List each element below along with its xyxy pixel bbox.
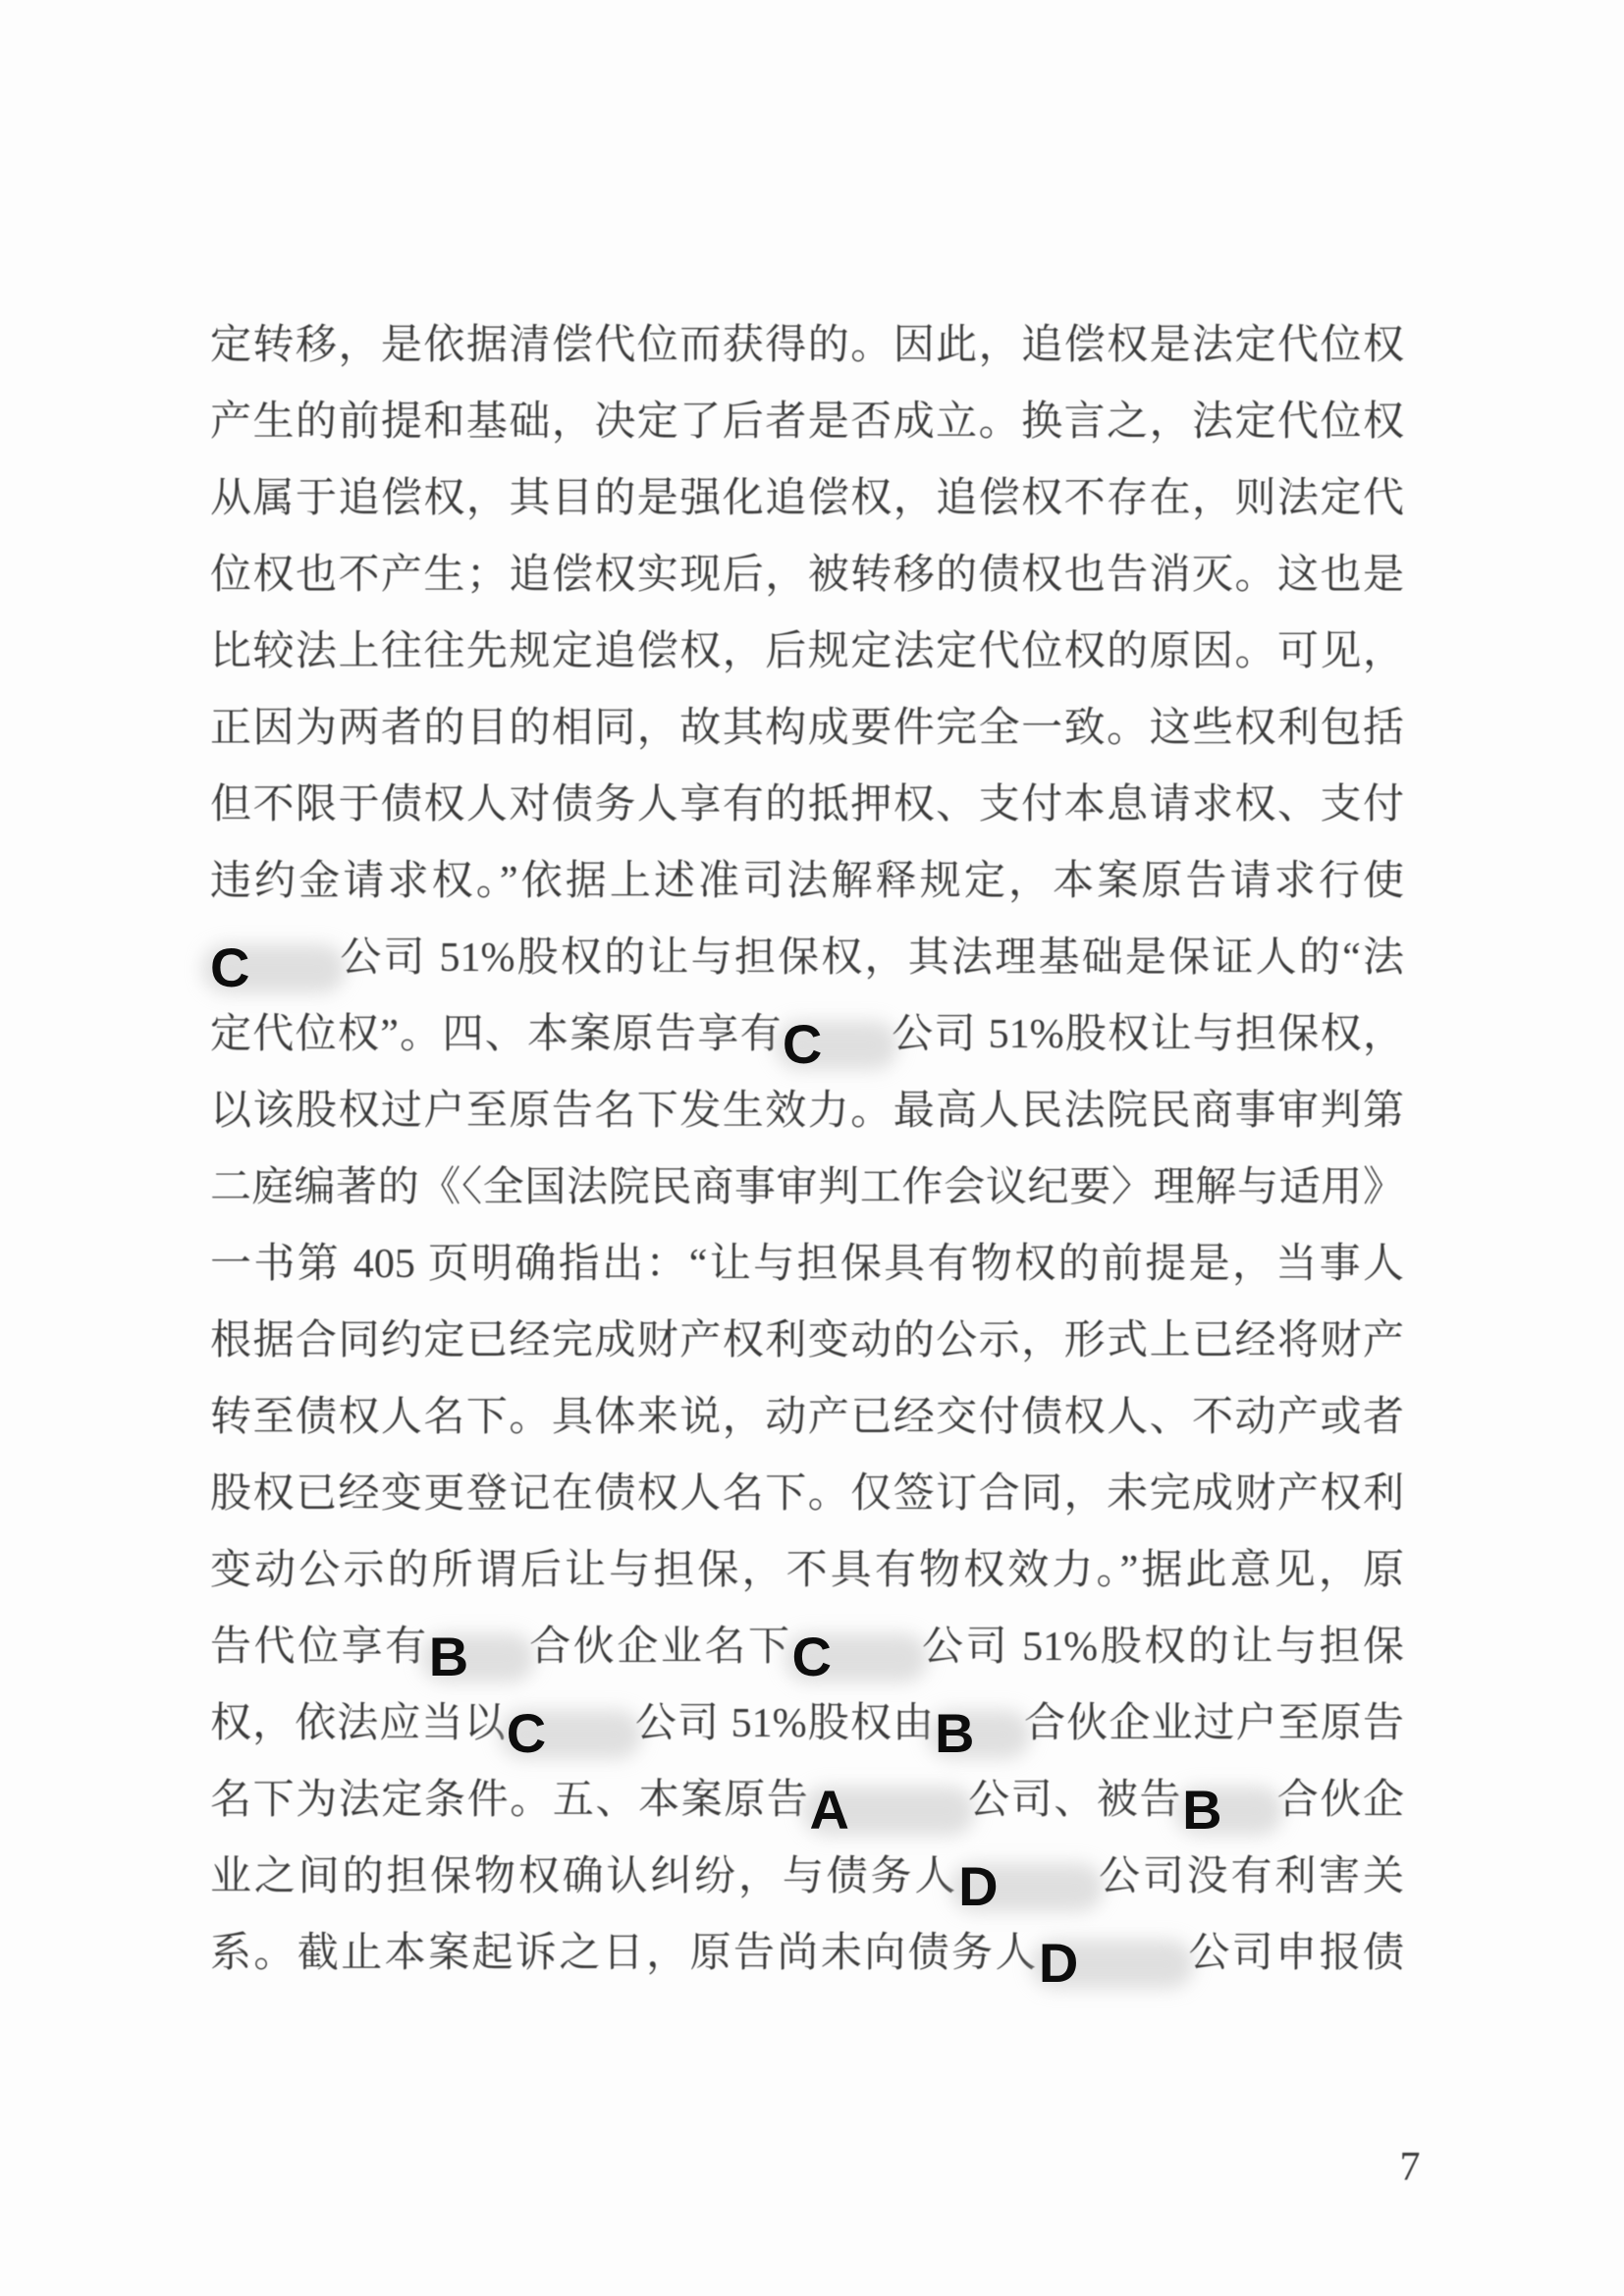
text-line: 从属于追偿权，其目的是强化追偿权，追偿权不存在，则法定代 — [210, 460, 1404, 537]
text-segment: 正因为两者的目的相同，故其构成要件完全一致。这些权利包括 — [210, 706, 1404, 751]
redaction-letter: C — [507, 1704, 634, 1765]
text-segment: 根据合同约定已经完成财产权利变动的公示，形式上已经将财产 — [210, 1318, 1404, 1363]
document-text: 定转移，是依据清偿代位而获得的。因此，追偿权是法定代位权产生的前提和基础，决定了… — [210, 307, 1404, 1992]
text-line: 名下为法定条件。五、本案原告A公司、被告B合伙企 — [210, 1762, 1404, 1839]
text-line: 比较法上往往先规定追偿权，后规定法定代位权的原因。可见， — [210, 614, 1404, 690]
redaction-letter: C — [210, 938, 338, 999]
redaction-letter: B — [429, 1628, 527, 1688]
redaction-letter: A — [810, 1781, 967, 1842]
text-segment: 定转移，是依据清偿代位而获得的。因此，追偿权是法定代位权 — [210, 323, 1404, 368]
text-line: 违约金请求权。”依据上述准司法解释规定，本案原告请求行使 — [210, 843, 1404, 920]
text-line: 系。截止本案起诉之日，原告尚未向债务人D公司申报债 — [210, 1915, 1404, 1992]
text-line: 股权已经变更登记在债权人名下。仅签订合同，未完成财产权利 — [210, 1456, 1404, 1532]
text-segment: 合伙企业名下 — [527, 1625, 792, 1670]
text-segment: 转至债权人名下。具体来说，动产已经交付债权人、不动产或者 — [210, 1395, 1404, 1440]
redaction-letter: B — [1182, 1781, 1275, 1842]
text-line: 产生的前提和基础，决定了后者是否成立。换言之，法定代位权 — [210, 384, 1404, 460]
text-segment: 名下为法定条件。五、本案原告 — [210, 1778, 810, 1823]
text-segment: 比较法上往往先规定追偿权，后规定法定代位权的原因。可见， — [210, 629, 1404, 674]
text-segment: 但不限于债权人对债务人享有的抵押权、支付本息请求权、支付 — [210, 782, 1404, 828]
text-line: 位权也不产生；追偿权实现后，被转移的债权也告消灭。这也是 — [210, 537, 1404, 614]
text-segment: 告代位享有 — [210, 1625, 429, 1670]
redaction-letter: D — [958, 1857, 1096, 1918]
redacted-company-name: C — [210, 938, 338, 999]
text-line: 正因为两者的目的相同，故其构成要件完全一致。这些权利包括 — [210, 690, 1404, 767]
redacted-company-name: C — [792, 1628, 920, 1688]
text-segment: 公司 51%股权由 — [634, 1701, 935, 1746]
text-line: 转至债权人名下。具体来说，动产已经交付债权人、不动产或者 — [210, 1379, 1404, 1456]
redacted-company-name: C — [507, 1704, 634, 1765]
redaction-letter: C — [792, 1628, 920, 1688]
text-line: 权，依法应当以C公司 51%股权由B合伙企业过户至原告 — [210, 1685, 1404, 1762]
text-line: 变动公示的所谓后让与担保，不具有物权效力。”据此意见，原 — [210, 1532, 1404, 1609]
text-line: C公司 51%股权的让与担保权，其法理基础是保证人的“法 — [210, 920, 1404, 996]
redacted-company-name: A — [810, 1781, 967, 1842]
page-number: 7 — [1375, 2144, 1445, 2191]
redacted-company-name: B — [1182, 1781, 1275, 1842]
redacted-company-name: C — [783, 1015, 891, 1076]
text-segment: 公司 51%股权的让与担保权，其法理基础是保证人的“法 — [338, 935, 1404, 981]
text-line: 以该股权过户至原告名下发生效力。最高人民法院民商事审判第 — [210, 1073, 1404, 1149]
text-line: 但不限于债权人对债务人享有的抵押权、支付本息请求权、支付 — [210, 767, 1404, 843]
text-line: 定代位权”。四、本案原告享有C公司 51%股权让与担保权， — [210, 996, 1404, 1073]
text-line: 一书第 405 页明确指出：“让与担保具有物权的前提是，当事人 — [210, 1226, 1404, 1303]
text-segment: 公司申报债 — [1186, 1931, 1404, 1976]
text-segment: 产生的前提和基础，决定了后者是否成立。换言之，法定代位权 — [210, 400, 1404, 445]
redacted-company-name: D — [958, 1857, 1096, 1918]
text-segment: 公司 51%股权的让与担保 — [920, 1625, 1404, 1670]
text-segment: 从属于追偿权，其目的是强化追偿权，追偿权不存在，则法定代 — [210, 476, 1404, 521]
text-line: 定转移，是依据清偿代位而获得的。因此，追偿权是法定代位权 — [210, 307, 1404, 384]
text-segment: 公司 51%股权让与担保权， — [891, 1012, 1404, 1057]
text-segment: 变动公示的所谓后让与担保，不具有物权效力。”据此意见，原 — [210, 1548, 1404, 1593]
text-segment: 位权也不产生；追偿权实现后，被转移的债权也告消灭。这也是 — [210, 553, 1404, 598]
text-segment: 违约金请求权。”依据上述准司法解释规定，本案原告请求行使 — [210, 859, 1404, 904]
text-segment: 业之间的担保物权确认纠纷，与债务人 — [210, 1854, 958, 1899]
text-segment: 以该股权过户至原告名下发生效力。最高人民法院民商事审判第 — [210, 1089, 1404, 1134]
text-segment: 系。截止本案起诉之日，原告尚未向债务人 — [210, 1931, 1039, 1976]
text-segment: 合伙企 — [1275, 1778, 1404, 1823]
text-segment: 公司没有利害关 — [1096, 1854, 1404, 1899]
redacted-company-name: B — [935, 1704, 1023, 1765]
text-segment: 二庭编著的《〈全国法院民商事审判工作会议纪要〉理解与适用》 — [210, 1165, 1404, 1210]
redaction-letter: B — [935, 1704, 1023, 1765]
text-line: 二庭编著的《〈全国法院民商事审判工作会议纪要〉理解与适用》 — [210, 1149, 1404, 1226]
redaction-letter: C — [783, 1015, 891, 1076]
redacted-company-name: B — [429, 1628, 527, 1688]
text-segment: 公司、被告 — [967, 1778, 1183, 1823]
text-segment: 一书第 405 页明确指出：“让与担保具有物权的前提是，当事人 — [210, 1242, 1404, 1287]
text-line: 根据合同约定已经完成财产权利变动的公示，形式上已经将财产 — [210, 1303, 1404, 1379]
text-line: 业之间的担保物权确认纠纷，与债务人D公司没有利害关 — [210, 1839, 1404, 1915]
redaction-letter: D — [1039, 1934, 1186, 1995]
text-segment: 股权已经变更登记在债权人名下。仅签订合同，未完成财产权利 — [210, 1471, 1404, 1517]
text-segment: 定代位权”。四、本案原告享有 — [210, 1012, 783, 1057]
text-segment: 合伙企业过户至原告 — [1023, 1701, 1404, 1746]
text-line: 告代位享有B合伙企业名下C公司 51%股权的让与担保 — [210, 1609, 1404, 1685]
redacted-company-name: D — [1039, 1934, 1186, 1995]
text-segment: 权，依法应当以 — [210, 1701, 507, 1746]
document-page: 定转移，是依据清偿代位而获得的。因此，追偿权是法定代位权产生的前提和基础，决定了… — [0, 0, 1624, 2296]
